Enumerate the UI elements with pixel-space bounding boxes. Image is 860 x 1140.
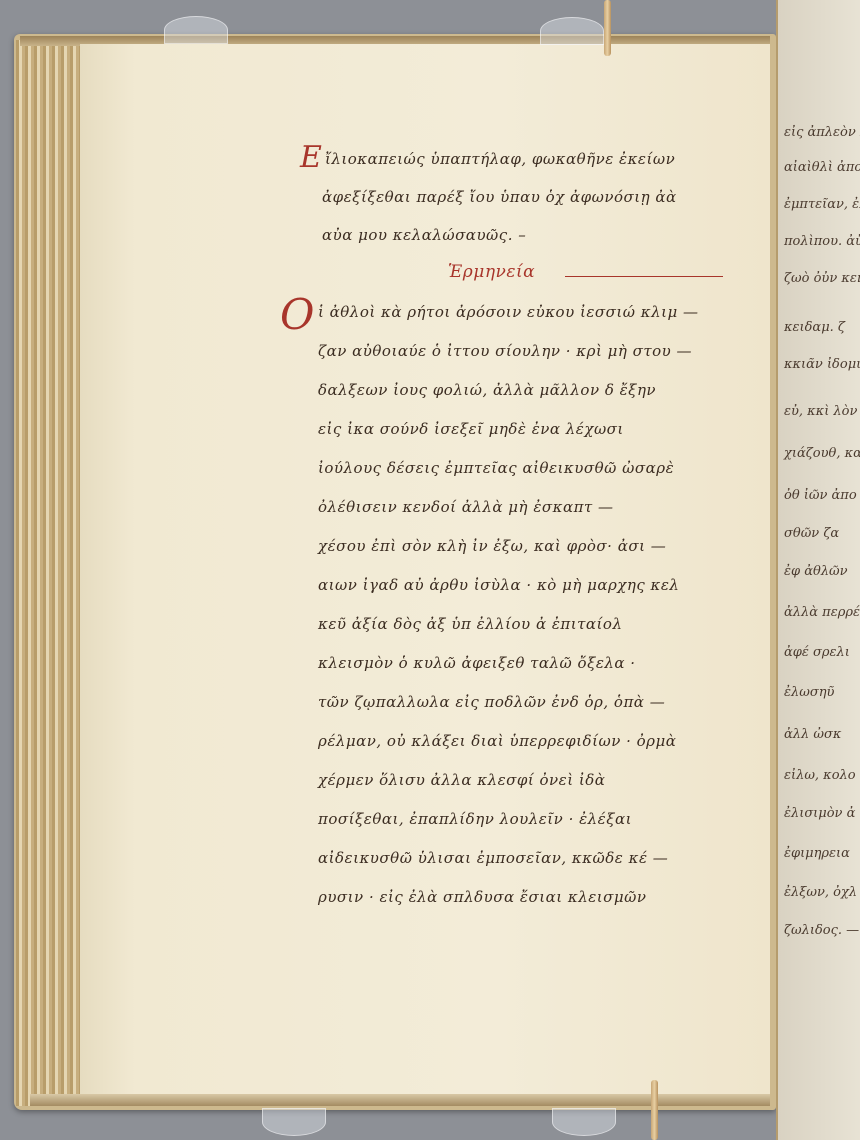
text-line: ποσίξεθαι, ἐπαπλίδην λουλεῖν · ἐλέξαι	[318, 810, 632, 828]
recto-text-line: ἐλωσηῦ	[784, 685, 834, 700]
opening-initial: Ε	[300, 140, 322, 175]
text-line: χέρμεν ὅλισυ ἀλλα κλεσφί ὀνεὶ ἰδὰ	[318, 771, 605, 789]
recto-text-line: εὐ, κκὶ λὸν	[784, 404, 857, 419]
recto-text-line: ἐφ ἀθλῶν	[784, 564, 848, 579]
recto-text-line: πολὶπου. ἀὐ	[784, 234, 860, 249]
text-line: ἱ ἀθλοὶ κὰ ρήτοι ἀρόσοιν εὐκου ἰεσσιώ κλ…	[318, 303, 698, 321]
recto-text-line: κκιᾶν ἰδομι	[784, 357, 860, 372]
recto-text-line: ζωλιδος. —	[784, 923, 859, 938]
text-line: κλεισμὸν ὁ κυλῶ ἀφειξεθ ταλῶ ὄξελα ·	[318, 654, 636, 672]
heading-rule	[565, 276, 723, 277]
text-line: ἴλιοκαπειώς ὑπαπτήλαφ, φωκαθῆνε ἐκείων	[325, 150, 675, 168]
text-line: χέσου ἐπὶ σὸν κλὴ ἰν ἐξω, καὶ φρὸσ· ἀσι …	[318, 537, 666, 555]
text-line: ρυσιν · εἰς ἐλὰ σπλδυσα ἔσιαι κλεισμῶν	[318, 888, 647, 906]
bottom-edge	[30, 1094, 770, 1106]
text-line: αιων ἰγαδ αὐ ἀρθυ ἰσὺλα · κὸ μὴ μαρχης κ…	[318, 576, 679, 594]
text-line: κεῦ ἀξία δὸς ἀξ ὑπ ἐλλίου ἀ ἐπιταίολ	[318, 615, 622, 633]
recto-text-line: ἀλλ ὠσκ	[784, 727, 841, 742]
book-clip	[540, 17, 604, 45]
recto-text-line: ἐλξων, ὀχλ	[784, 885, 857, 900]
recto-text-line: εἰς ἀπλεὸν κ	[784, 125, 860, 140]
page-holder-stick-top	[604, 0, 611, 56]
text-line: ἰούλους δέσεις ἐμπτεῖας αἰθεικυσθῶ ὠσαρὲ	[318, 459, 674, 477]
text-line: αὐα μου κελαλώσαυῶς. –	[322, 226, 526, 244]
text-line: ζαν αὐθοιαύε ὁ ἰττου σίουλην · κρὶ μὴ στ…	[318, 342, 692, 360]
text-line: δαλξεων ἰους φολιώ, ἀλλὰ μᾶλλον δ ἔξην	[318, 381, 656, 399]
section-heading: Ἑρμηνεία	[448, 262, 535, 282]
text-line: εἰς ἰκα σούνδ ἰσεξεῖ μηδὲ ἐνα λέχωσι	[318, 420, 624, 438]
recto-text-line: εἰλω, κολο	[784, 768, 856, 783]
recto-text-line: ζωὸ ὀὐν κενδα	[784, 271, 860, 286]
book-clip	[552, 1108, 616, 1136]
text-line: ὀλέθισειν κενδοί ἀλλὰ μὴ ἐσκαπτ —	[318, 498, 614, 516]
recto-text-line: ἐλισιμὸν ἀ	[784, 806, 855, 821]
text-line: ρέλμαν, οὐ κλάξει διαὶ ὑπερρεφιδίων · ὀρ…	[318, 732, 676, 750]
text-line: αἰδεικυσθῶ ὑλισαι ἐμποσεῖαν, κκῶδε κέ —	[318, 849, 668, 867]
recto-text-line: κειδαμ. ζ	[784, 320, 845, 335]
recto-text-line: ἀφέ σρελι	[784, 645, 850, 660]
page-stack-edge	[16, 40, 82, 1106]
recto-text-line: ἀλλὰ περρέθ	[784, 605, 860, 620]
recto-text-line: σθῶν ζα	[784, 526, 839, 541]
section-initial: Ο	[280, 290, 314, 339]
text-line: ἀφεξίξεθαι παρέξ ἴου ὑπαυ ὁχ ἀφωνόσιῃ ἀὰ	[322, 188, 677, 206]
recto-text-line: αἰαὶθλὶ ἀπο	[784, 160, 860, 175]
book-clip	[164, 16, 228, 44]
recto-text-line: ὀθ ἰῶν ἀπο	[784, 488, 857, 503]
book-clip	[262, 1108, 326, 1136]
text-line: τῶν ζῳπαλλωλα εἰς ποδλῶν ἐνδ ὁρ, ὁπὰ —	[318, 693, 665, 711]
page-holder-stick-bottom	[651, 1080, 658, 1140]
recto-text-line: ἐμπτεῖαν, ἐκ	[784, 197, 860, 212]
recto-text-line: ἐφιμηρεια	[784, 846, 850, 861]
recto-text-line: χιάζουθ, κα	[784, 446, 860, 461]
